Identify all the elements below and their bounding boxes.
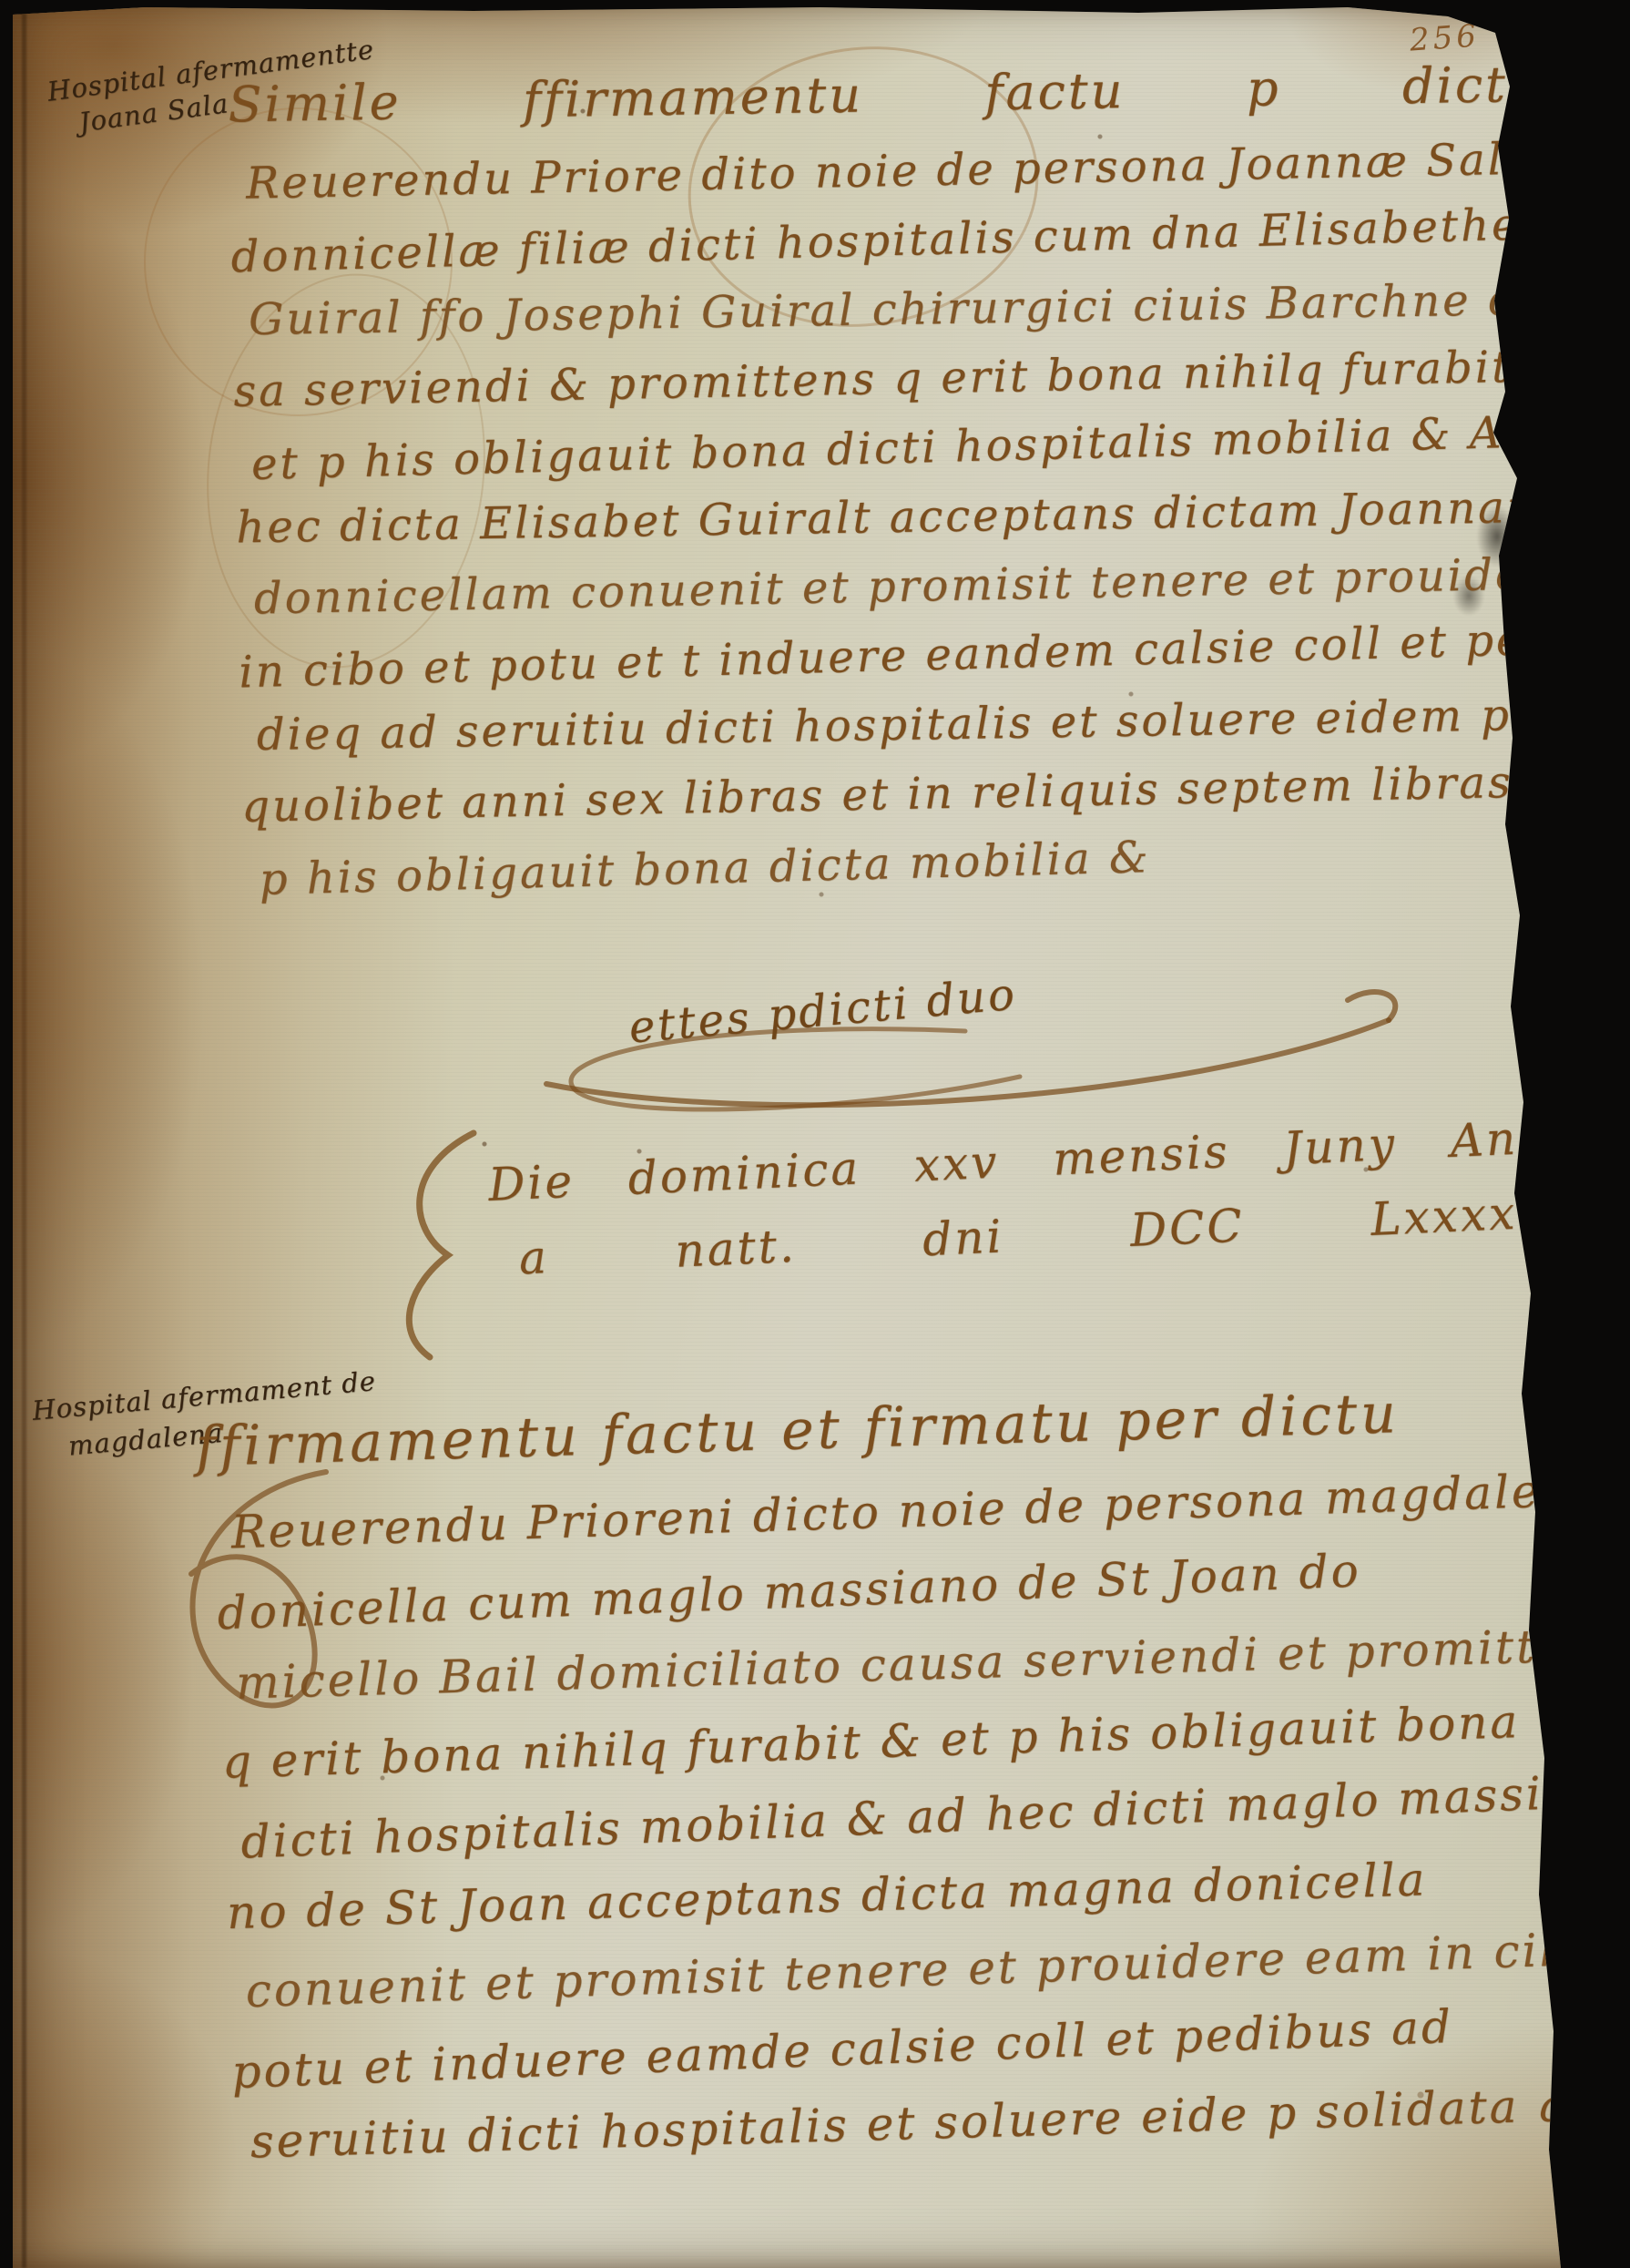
ink-blot [1523,375,1595,532]
date-heading: Die dominica xxv mensis Juny Anno a natt… [487,1108,1587,1285]
calligraphic-brace-icon [372,1119,508,1374]
binding-fold [22,0,26,2268]
entry-joana-sala: Simile ffirmamentu factu p dictu Reueren… [228,53,1573,920]
paper-sheet: 256 Hospital afermamentte Joana Sala Sim… [0,0,1630,2268]
closing-formula: ettes pdicti duo [627,968,1019,1053]
archival-photo: 256 Hospital afermamentte Joana Sala Sim… [0,0,1630,2268]
entry-magdalena: ffirmamentu factu et firmatu per dictu R… [211,1375,1583,2195]
folio-number: 256 [1409,17,1482,58]
